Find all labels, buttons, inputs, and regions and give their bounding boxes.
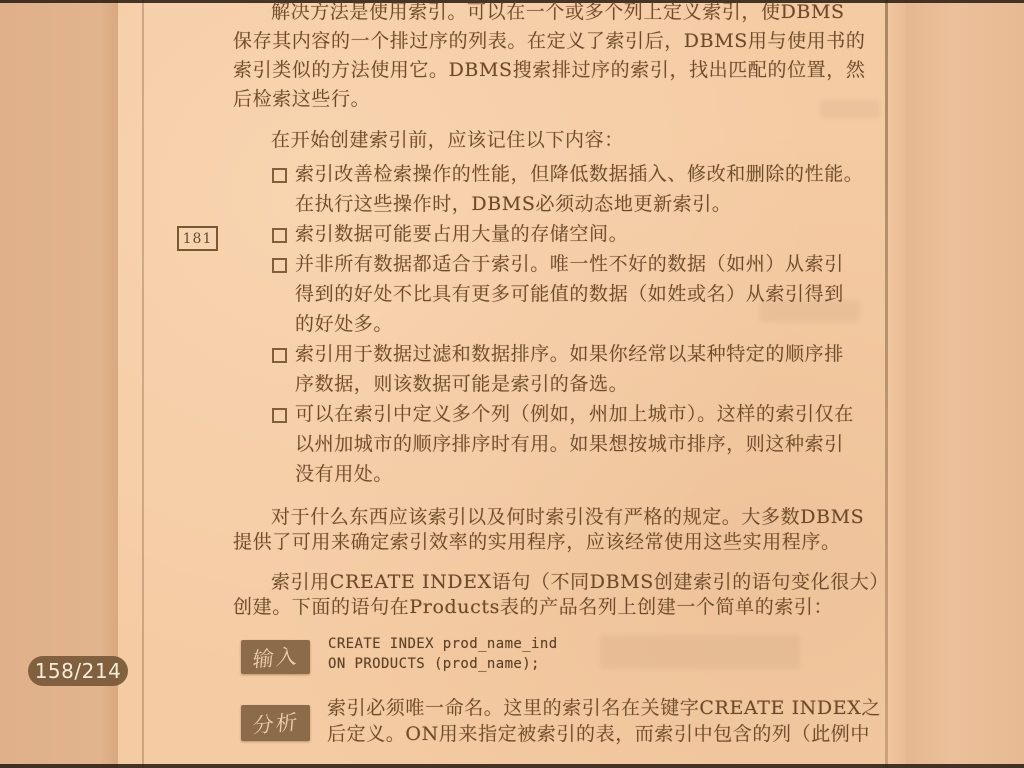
bullet-line: 索引用于数据过滤和数据排序。如果你经常以某种特定的顺序排 [295,343,844,365]
sql-code-line: CREATE INDEX prod_name_ind [328,636,558,652]
paragraph-line: 提供了可用来确定索引效率的实用程序，应该经常使用这些实用程序。 [233,531,841,553]
showthrough-mark [600,635,800,669]
bullet-line: 的好处多。 [295,313,393,335]
paragraph-line: 后检索这些行。 [233,88,370,110]
analysis-line: 后定义。ON用来指定被索引的表，而索引中包含的列（此例中 [327,723,870,745]
analysis-label-badge: 分析 [241,705,310,741]
bullet-line: 序数据，则该数据可能是索引的备选。 [295,373,628,395]
showthrough-mark [820,100,880,118]
paragraph-line: 在开始创建索引前，应该记住以下内容： [271,129,624,151]
paragraph-line: 解决方法是使用索引。可以在一个或多个列上定义索引，使DBMS [271,1,845,23]
bullet-line: 没有用处。 [295,463,393,485]
page-edge-fade [888,0,906,768]
screen-bottom-border [0,764,1024,768]
paragraph-line: 创建。下面的语句在Products表的产品名列上创建一个简单的索引： [233,596,833,618]
paragraph-line: 索引类似的方法使用它。DBMS搜索排过序的索引，找出匹配的位置，然 [233,59,865,81]
bullet-line: 在执行这些操作时，DBMS必须动态地更新索引。 [295,193,731,215]
bullet-square-icon [272,228,287,243]
paragraph-line: 保存其内容的一个排过序的列表。在定义了索引后，DBMS用与使用书的 [233,30,865,52]
ebook-reader-screen[interactable]: 解决方法是使用索引。可以在一个或多个列上定义索引，使DBMS 保存其内容的一个排… [0,0,1024,768]
reader-margin-left [0,0,118,768]
input-label-text: 输入 [251,640,300,674]
bullet-line: 得到的好处不比具有更多可能值的数据（如姓或名）从索引得到 [295,283,844,305]
bullet-line: 可以在索引中定义多个列（例如，州加上城市）。这样的索引仅在 [295,403,854,425]
analysis-line: 索引必须唯一命名。这里的索引名在关键字CREATE INDEX之 [327,697,881,719]
input-label-badge: 输入 [241,640,310,674]
bullet-line: 索引数据可能要占用大量的存储空间。 [295,223,628,245]
margin-page-number: 181 [177,226,218,251]
bullet-square-icon [272,348,287,363]
page-indicator[interactable]: 158/214 [28,656,128,686]
page-crease-left [142,0,144,768]
bullet-square-icon [272,258,287,273]
bullet-line: 以州加城市的顺序排序时有用。如果想按城市排序，则这种索引 [295,433,844,455]
paragraph-line: 对于什么东西应该索引以及何时索引没有严格的规定。大多数DBMS [271,506,864,528]
analysis-label-text: 分析 [251,706,300,740]
page-crease-right [885,0,888,768]
bullet-line: 并非所有数据都适合于索引。唯一性不好的数据（如州）从索引 [295,253,844,275]
bullet-line: 索引改善检索操作的性能，但降低数据插入、修改和删除的性能。 [295,163,863,185]
bullet-square-icon [272,168,287,183]
reader-margin-right [906,0,1024,768]
bullet-square-icon [272,408,287,423]
paragraph-line: 索引用CREATE INDEX语句（不同DBMS创建索引的语句变化很大） [271,571,889,593]
sql-code-line: ON PRODUCTS (prod_name); [328,656,540,672]
